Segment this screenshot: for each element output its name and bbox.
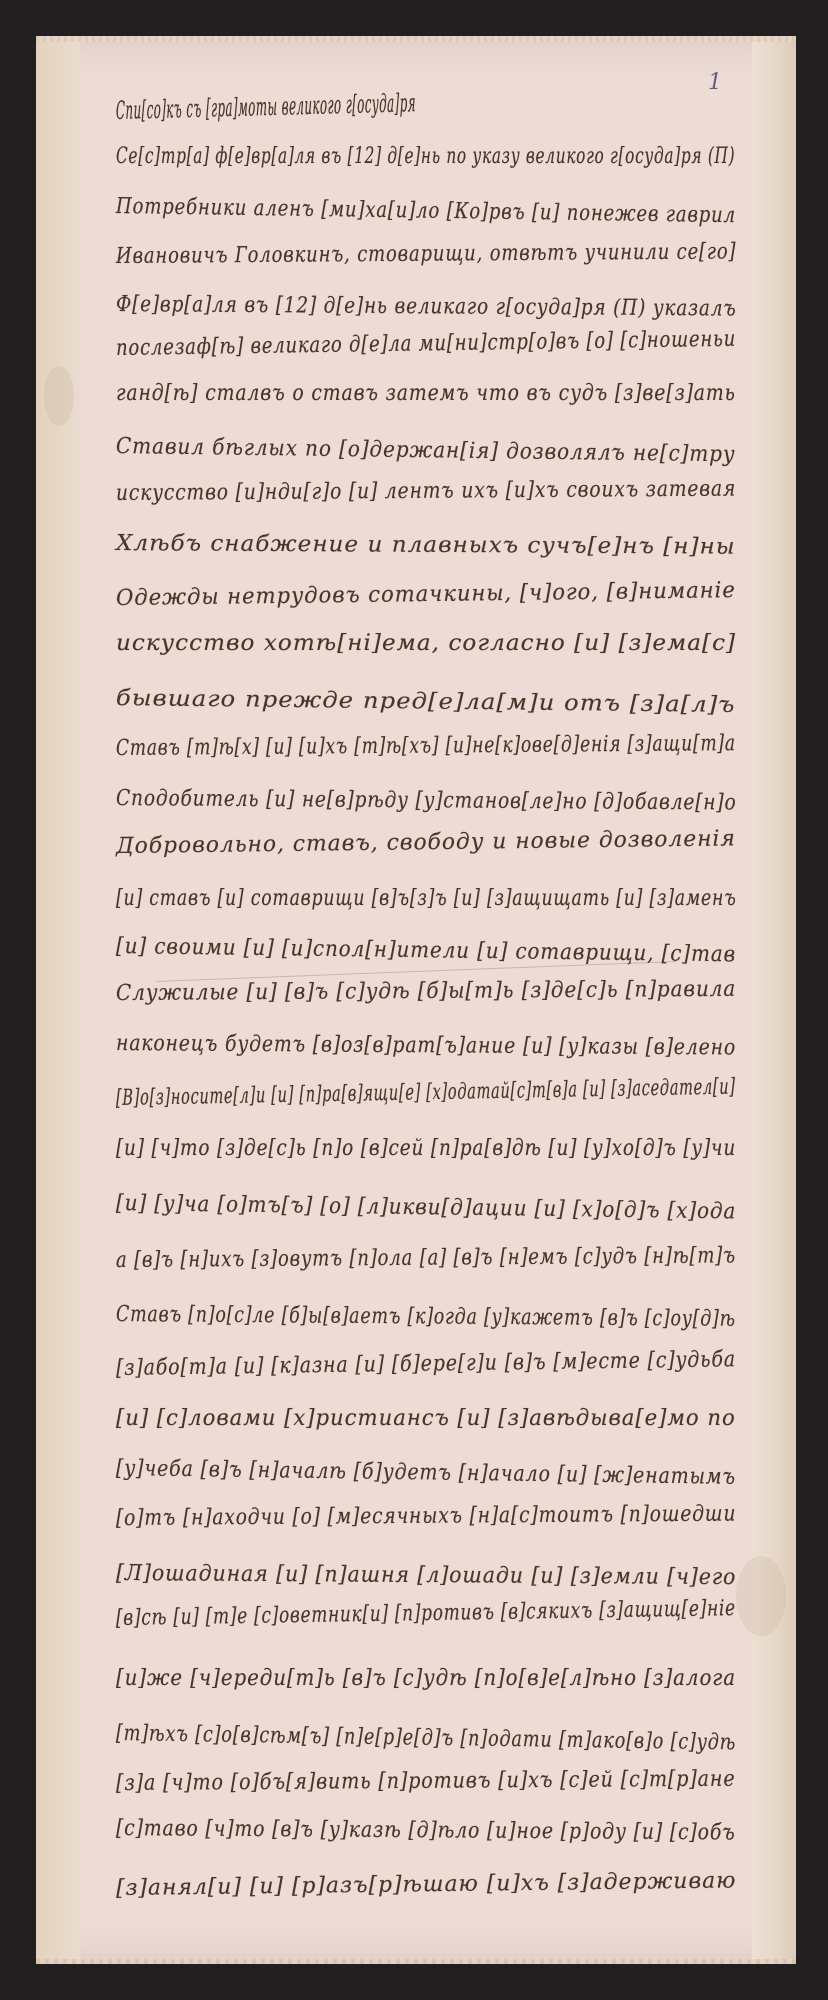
torn-bottom-edge — [36, 1959, 796, 1964]
manuscript-line: Се[с]тр[а] ф[е]вр[а]ля въ [12] д[е]нь по… — [116, 144, 735, 169]
manuscript-line: [в]сѣ [и] [т]е [с]оветник[и] [п]ротивъ [… — [116, 1596, 736, 1631]
manuscript-line: [и] [у]ча [о]тъ[ъ] [о] [л]икви[д]ации [и… — [116, 1191, 736, 1224]
manuscript-line: Ф[е]вр[а]ля въ [12] д[е]нь великаго г[ос… — [116, 292, 737, 322]
manuscript-line: Ставъ [т]ѣ[х] [и] [и]хъ [т]ѣ[хъ] [и]не[к… — [116, 731, 736, 761]
manuscript-line: Служилые [и] [в]ъ [с]удѣ [б]ы[т]ь [з]де[… — [116, 977, 736, 1006]
torn-top-edge — [36, 36, 796, 42]
folio-number: 1 — [708, 70, 722, 95]
manuscript-line: [т]ѣхъ [с]о[в]сѣм[ъ] [п]е[р]е[д]ъ [п]ода… — [116, 1721, 736, 1755]
manuscript-line: послезаф[ѣ] великаго д[е]ла ми[ни]стр[о]… — [116, 327, 736, 361]
manuscript-line: бывшаго прежде пред[е]ла[м]и отъ [з]а[л]… — [116, 686, 736, 718]
manuscript-line: Сподобитель [и] не[в]рѣду [у]станов[ле]н… — [116, 786, 737, 815]
manuscript-line: Ивановичъ Головкинъ, стоварищи, отвѣтъ у… — [116, 239, 736, 269]
manuscript-line: [с]таво [ч]то [в]ъ [у]казѣ [д]ѣло [и]ное… — [116, 1816, 736, 1845]
manuscript-line: [и] [ч]то [з]де[с]ь [п]о [в]сей [п]ра[в]… — [116, 1136, 736, 1161]
manuscript-line: Потребники аленъ [ми]ха[и]ло [Ко]рвъ [и]… — [116, 194, 736, 228]
manuscript-line: искусство хотѣ[ні]ема, согласно [и] [з]е… — [116, 631, 736, 656]
paper-stain — [736, 1556, 786, 1636]
manuscript-line: [В]о[з]носите[л]и [и] [п]ра[в]ящи[е] [х]… — [116, 1075, 736, 1111]
manuscript-line: Спи[со]къ съ [гра]моты великого г[осуда]… — [116, 88, 416, 125]
manuscript-line: [о]тъ [н]аходчи [о] [м]есячныхъ [н]а[с]т… — [116, 1502, 736, 1531]
manuscript-line: ганд[ѣ] сталвъ о ставъ затемъ что въ суд… — [116, 381, 736, 406]
manuscript-line: наконецъ будетъ [в]оз[в]рат[ъ]ание [и] [… — [116, 1031, 736, 1060]
manuscript-line: Одежды нетрудовъ сотачкины, [ч]ого, [в]н… — [116, 578, 736, 611]
manuscript-page: 1 Спи[со]къ съ [гра]моты великого г[осуд… — [36, 36, 796, 1964]
paper-right-strip — [752, 36, 796, 1964]
manuscript-line: [з]а [ч]то [о]бъ[я]вить [п]ротивъ [и]хъ … — [116, 1767, 736, 1796]
manuscript-line: Добровольно, ставъ, свободу и новые дозв… — [116, 826, 736, 859]
manuscript-line: [з]або[т]а [и] [к]азна [и] [б]ере[г]и [в… — [116, 1347, 736, 1381]
manuscript-line: [и] своими [и] [и]спол[н]ители [и] сотав… — [116, 934, 736, 967]
manuscript-line: Ставил бѣглых по [о]держан[ія] дозволялъ… — [116, 434, 736, 467]
manuscript-line: [и] ставъ [и] сотаврищи [в]ъ[з]ъ [и] [з]… — [116, 886, 737, 911]
manuscript-line: [Л]ошадиная [и] [п]ашня [л]ошади [и] [з]… — [116, 1561, 736, 1590]
manuscript-line: искусство [и]нди[г]о [и] лентъ ихъ [и]хъ… — [116, 477, 736, 506]
manuscript-line: Хлѣбъ снабжение и плавныхъ сучъ[е]нъ [н]… — [116, 531, 736, 560]
manuscript-line: [з]анял[и] [и] [р]азъ[р]ѣшаю [и]хъ [з]ад… — [116, 1868, 737, 1901]
manuscript-line: [и]же [ч]ереди[т]ь [в]ъ [с]удѣ [п]о[в]е[… — [116, 1666, 736, 1691]
paper-left-strip — [36, 36, 80, 1964]
manuscript-line: Ставъ [п]о[с]ле [б]ы[в]аетъ [к]огда [у]к… — [116, 1302, 736, 1332]
manuscript-line: а [в]ъ [н]ихъ [з]овутъ [п]ола [а] [в]ъ [… — [116, 1243, 736, 1273]
manuscript-line: [и] [с]ловами [х]ристиансъ [и] [з]авѣдыв… — [116, 1406, 736, 1431]
paper-stain — [44, 366, 74, 426]
manuscript-line: [у]чеба [в]ъ [н]ачалѣ [б]удетъ [н]ачало … — [116, 1456, 736, 1490]
